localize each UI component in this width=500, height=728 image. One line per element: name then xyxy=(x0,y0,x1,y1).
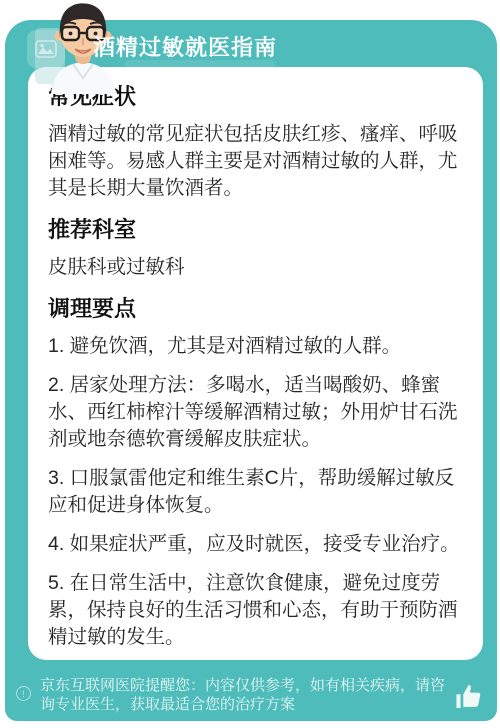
disclaimer-text: 京东互联网医院提醒您：内容仅供参考，如有相关疾病，请咨询专业医生，获取最适合您的… xyxy=(40,676,452,714)
section-heading-department: 推荐科室 xyxy=(48,217,461,242)
symptoms-paragraph: 酒精过敏的常见症状包括皮肤红疹、瘙痒、呼吸困难等。易感人群主要是对酒精过敏的人群… xyxy=(48,121,461,202)
thumbs-up-icon[interactable] xyxy=(453,680,485,712)
section-heading-care-points: 调理要点 xyxy=(48,296,461,321)
content-card: 常见症状 酒精过敏的常见症状包括皮肤红疹、瘙痒、呼吸困难等。易感人群主要是对酒精… xyxy=(28,67,483,660)
list-item: 5. 在日常生活中，注意饮食健康，避免过度劳累，保持良好的生活习惯和心态，有助于… xyxy=(48,570,461,651)
page-title: 酒精过敏就医指南 xyxy=(93,31,277,62)
list-item: 2. 居家处理方法：多喝水，适当喝酸奶、蜂蜜水、西红柿榨汁等缓解酒精过敏；外用炉… xyxy=(48,372,461,453)
department-paragraph: 皮肤科或过敏科 xyxy=(48,254,461,281)
info-circle-icon: ! xyxy=(16,686,31,701)
list-item: 1. 避免饮酒，尤其是对酒精过敏的人群。 xyxy=(48,333,461,360)
list-item: 4. 如果症状严重，应及时就医，接受专业治疗。 xyxy=(48,531,461,558)
list-item: 3. 口服氯雷他定和维生素C片，帮助缓解过敏反应和促进身体恢复。 xyxy=(48,465,461,519)
guide-panel: 酒精过敏就医指南 常见症状 酒精过敏的常见症状包括皮肤红疹、瘙痒、呼吸困难等。易… xyxy=(5,20,497,721)
footer-bar: ! 京东互联网医院提醒您：内容仅供参考，如有相关疾病，请咨询专业医生，获取最适合… xyxy=(5,660,497,721)
